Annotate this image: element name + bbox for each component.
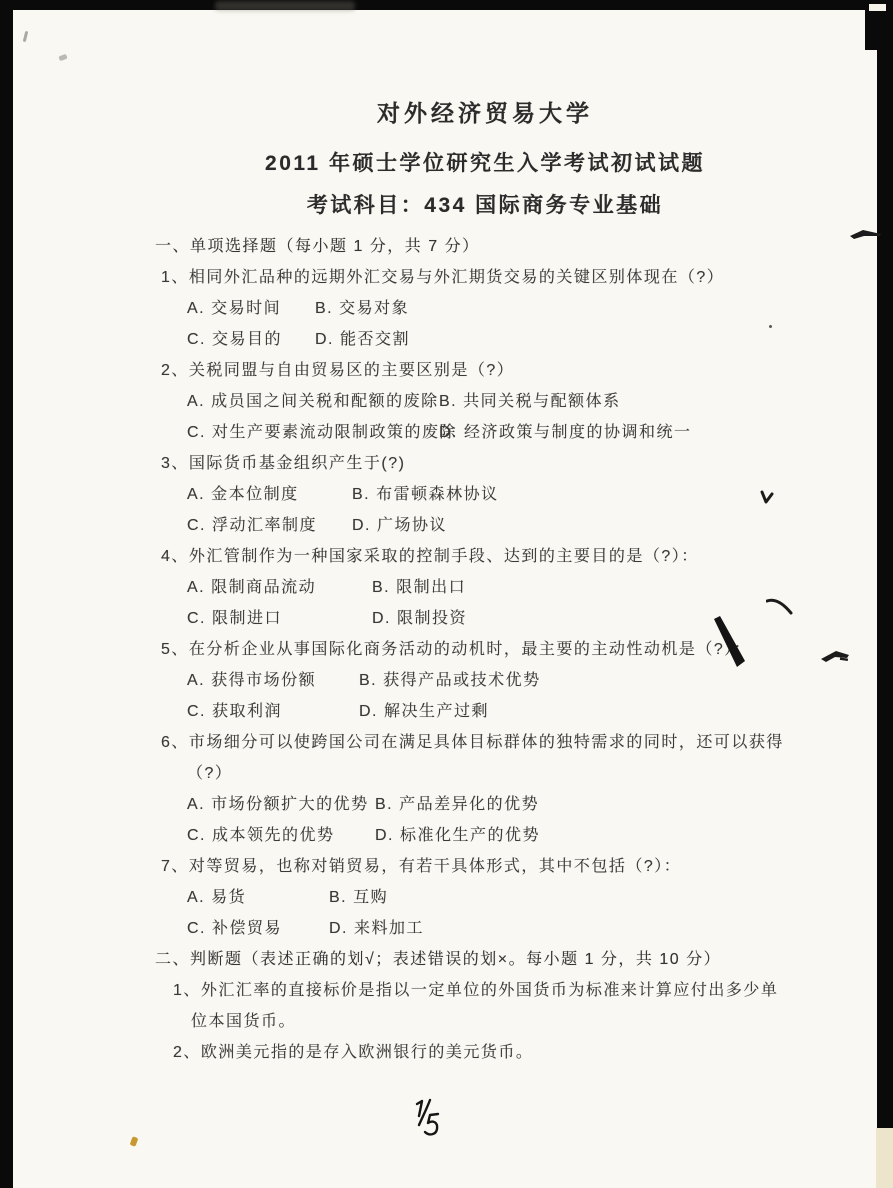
option-b: B. 布雷顿森林协议	[352, 479, 499, 510]
question-2: 2、关税同盟与自由贸易区的主要区别是（?） A. 成员国之间关税和配额的废除 B…	[155, 355, 815, 448]
option-b: B. 获得产品或技术优势	[359, 665, 541, 696]
question-4-stem: 4、外汇管制作为一种国家采取的控制手段、达到的主要目的是（?）：	[161, 541, 815, 572]
scanned-exam-page: { "header": { "university": "对外经济贸易大学", …	[0, 0, 893, 1188]
option-a: A. 易货	[187, 882, 329, 913]
question-5: 5、在分析企业从事国际化商务活动的动机时，最主要的主动性动机是（?）： A. 获…	[155, 634, 815, 727]
option-c: C. 交易目的	[187, 324, 315, 355]
question-4-options: A. 限制商品流动 B. 限制出口 C. 限制进口 D. 限制投资	[161, 572, 815, 634]
option-a: A. 成员国之间关税和配额的废除	[187, 386, 439, 417]
question-1-options: A. 交易时间 B. 交易对象 C. 交易目的 D. 能否交割	[161, 293, 815, 355]
option-a: A. 交易时间	[187, 293, 315, 324]
question-2-stem: 2、关税同盟与自由贸易区的主要区别是（?）	[161, 355, 815, 386]
question-1-stem: 1、相同外汇品种的远期外汇交易与外汇期货交易的关键区别体现在（?）	[161, 262, 815, 293]
subject-line: 考试科目：434 国际商务专业基础	[155, 192, 815, 220]
question-5-stem: 5、在分析企业从事国际化商务活动的动机时，最主要的主动性动机是（?）：	[161, 634, 815, 665]
option-b: B. 互购	[329, 882, 424, 913]
option-d: D. 广场协议	[352, 510, 499, 541]
option-b: B. 共同关税与配额体系	[439, 386, 691, 417]
question-2-options: A. 成员国之间关税和配额的废除 B. 共同关税与配额体系 C. 对生产要素流动…	[161, 386, 815, 448]
judgment-item-2-line-1: 2、欧洲美元指的是存入欧洲银行的美元货币。	[173, 1037, 815, 1068]
handwritten-page-number	[408, 1098, 450, 1146]
question-6: 6、市场细分可以使跨国公司在满足具体目标群体的独特需求的同时，还可以获得 （?）…	[155, 727, 815, 851]
university-title: 对外经济贸易大学	[155, 98, 815, 128]
option-b: B. 限制出口	[372, 572, 467, 603]
scan-border-notch	[869, 4, 886, 11]
question-3-options: A. 金本位制度 B. 布雷顿森林协议 C. 浮动汇率制度 D. 广场协议	[161, 479, 815, 541]
option-c: C. 成本领先的优势	[187, 820, 375, 851]
section-2-heading: 二、判断题（表述正确的划√；表述错误的划×。每小题 1 分，共 10 分）	[155, 944, 815, 975]
option-a: A. 市场份额扩大的优势	[187, 789, 375, 820]
question-7-options: A. 易货 B. 互购 C. 补偿贸易 D. 来料加工	[161, 882, 815, 944]
question-3: 3、国际货币基金组织产生于(?) A. 金本位制度 B. 布雷顿森林协议 C. …	[155, 448, 815, 541]
judgment-item-1: 1、外汇汇率的直接标价是指以一定单位的外国货币为标准来计算应付出多少单 位本国货…	[155, 975, 815, 1037]
question-6-stem-line-2: （?）	[161, 758, 815, 789]
judgment-item-1-line-2: 位本国货币。	[173, 1006, 815, 1037]
option-a: A. 限制商品流动	[187, 572, 372, 603]
option-d: D. 来料加工	[329, 913, 424, 944]
question-4: 4、外汇管制作为一种国家采取的控制手段、达到的主要目的是（?）： A. 限制商品…	[155, 541, 815, 634]
exam-content: 对外经济贸易大学 2011 年硕士学位研究生入学考试初试试题 考试科目：434 …	[155, 10, 815, 1068]
option-d: D. 能否交割	[315, 324, 410, 355]
paper-sheet: 对外经济贸易大学 2011 年硕士学位研究生入学考试初试试题 考试科目：434 …	[13, 10, 877, 1188]
exam-title: 2011 年硕士学位研究生入学考试初试试题	[155, 150, 815, 178]
question-6-stem-line-1: 6、市场细分可以使跨国公司在满足具体目标群体的独特需求的同时，还可以获得	[161, 727, 815, 758]
option-d: D. 解决生产过剩	[359, 696, 541, 727]
judgment-item-1-line-1: 1、外汇汇率的直接标价是指以一定单位的外国货币为标准来计算应付出多少单	[173, 975, 815, 1006]
question-6-options: A. 市场份额扩大的优势 B. 产品差异化的优势 C. 成本领先的优势 D. 标…	[161, 789, 815, 851]
option-d: D. 限制投资	[372, 603, 467, 634]
option-c: C. 对生产要素流动限制政策的废除	[187, 417, 439, 448]
option-d: D. 经济政策与制度的协调和统一	[439, 417, 691, 448]
question-7-stem: 7、对等贸易，也称对销贸易，有若干具体形式，其中不包括（?）：	[161, 851, 815, 882]
option-a: A. 金本位制度	[187, 479, 352, 510]
scan-edge-fade	[876, 1128, 893, 1188]
option-c: C. 限制进口	[187, 603, 372, 634]
judgment-item-2: 2、欧洲美元指的是存入欧洲银行的美元货币。	[155, 1037, 815, 1068]
question-7: 7、对等贸易，也称对销贸易，有若干具体形式，其中不包括（?）： A. 易货 B.…	[155, 851, 815, 944]
option-c: C. 获取利润	[187, 696, 359, 727]
option-d: D. 标准化生产的优势	[375, 820, 540, 851]
question-5-options: A. 获得市场份额 B. 获得产品或技术优势 C. 获取利润 D. 解决生产过剩	[161, 665, 815, 727]
option-a: A. 获得市场份额	[187, 665, 359, 696]
option-c: C. 浮动汇率制度	[187, 510, 352, 541]
option-b: B. 产品差异化的优势	[375, 789, 540, 820]
question-1: 1、相同外汇品种的远期外汇交易与外汇期货交易的关键区别体现在（?） A. 交易时…	[155, 262, 815, 355]
question-3-stem: 3、国际货币基金组织产生于(?)	[161, 448, 815, 479]
section-1-heading: 一、单项选择题（每小题 1 分，共 7 分）	[155, 231, 815, 262]
option-c: C. 补偿贸易	[187, 913, 329, 944]
option-b: B. 交易对象	[315, 293, 410, 324]
